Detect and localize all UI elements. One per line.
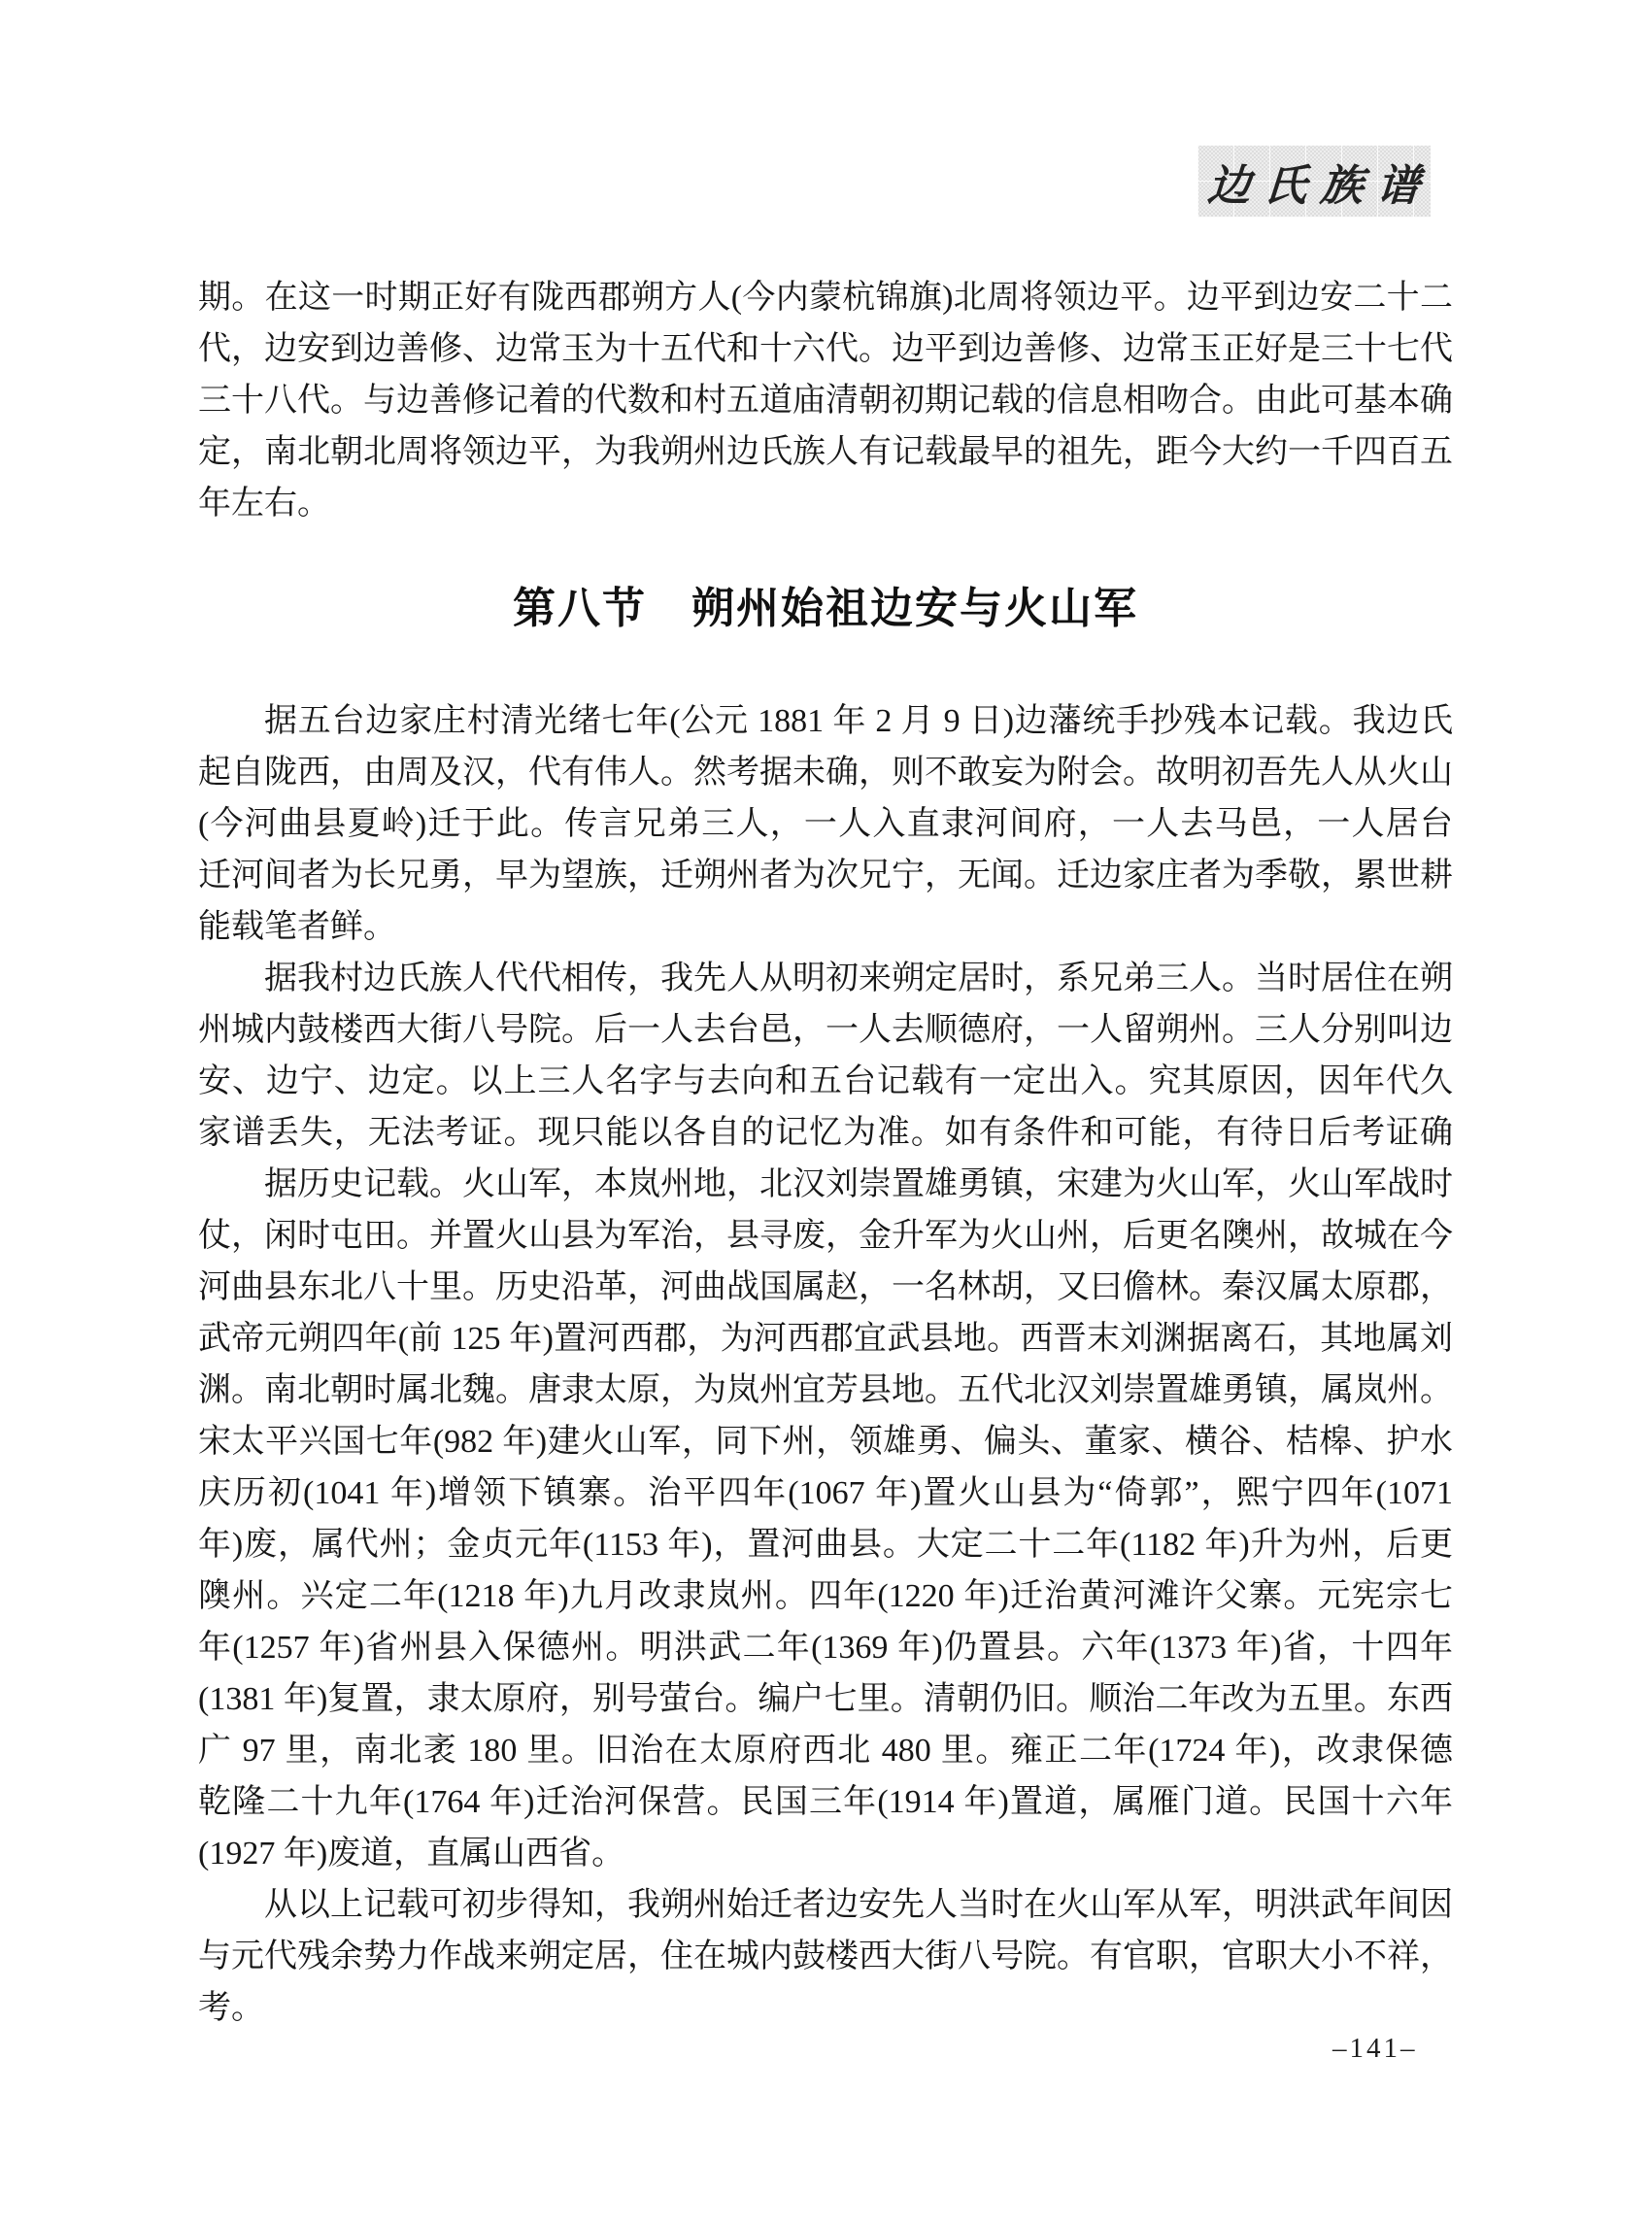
paragraph: 期。在这一时期正好有陇西郡朔方人(今内蒙杭锦旗)北周将领边平。边平到边安二十二代… [198, 272, 1453, 529]
text-line: 从以上记载可初步得知，我朔州始迁者边安先人当时在火山军从军，明洪武年间因 [198, 1879, 1453, 1931]
text-line: 广 97 里，南北袤 180 里。旧治在太原府西北 480 里。雍正二年(172… [198, 1725, 1453, 1776]
text-line: 河曲县东北八十里。历史沿革，河曲战国属赵，一名林胡，又曰儋林。秦汉属太原郡，汉 [198, 1262, 1453, 1313]
intro-paragraph-container: 期。在这一时期正好有陇西郡朔方人(今内蒙杭锦旗)北周将领边平。边平到边安二十二代… [198, 272, 1453, 529]
body-text: 期。在这一时期正好有陇西郡朔方人(今内蒙杭锦旗)北周将领边平。边平到边安二十二代… [198, 272, 1453, 2034]
page: 边氏族谱 期。在这一时期正好有陇西郡朔方人(今内蒙杭锦旗)北周将领边平。边平到边… [0, 0, 1652, 2226]
text-line: 迁河间者为长兄勇，早为望族，迁朔州者为次兄宁，无闻。迁边家庄者为季敬，累世耕氓， [198, 850, 1453, 901]
text-line: 宋太平兴国七年(982 年)建火山军，同下州，领雄勇、偏头、董家、横谷、桔槔、护… [198, 1416, 1453, 1467]
text-line: 能载笔者鲜。 [198, 901, 1453, 953]
text-line: 年)废，属代州；金贞元年(1153 年)，置河曲县。大定二十二年(1182 年)… [198, 1519, 1453, 1570]
text-line: 年(1257 年)省州县入保德州。明洪武二年(1369 年)仍置县。六年(137… [198, 1622, 1453, 1673]
text-line: 三十八代。与边善修记着的代数和村五道庙清朝初期记载的信息相吻合。由此可基本确 [198, 375, 1453, 426]
text-line: 渊。南北朝时属北魏。唐隶太原，为岚州宜芳县地。五代北汉刘崇置雄勇镇，属岚州。 [198, 1365, 1453, 1416]
text-line: 隩州。兴定二年(1218 年)九月改隶岚州。四年(1220 年)迁治黄河滩许父寨… [198, 1570, 1453, 1622]
paragraph: 从以上记载可初步得知，我朔州始迁者边安先人当时在火山军从军，明洪武年间因与元代残… [198, 1879, 1453, 2034]
page-number: –141– [1332, 2033, 1418, 2065]
header-badge-text: 边氏族谱 [1193, 151, 1435, 213]
paragraph: 据历史记载。火山军，本岚州地，北汉刘崇置雄勇镇，宋建为火山军，火山军战时打仗，闲… [198, 1159, 1453, 1879]
text-line: 据我村边氏族人代代相传，我先人从明初来朔定居时，系兄弟三人。当时居住在朔 [198, 953, 1453, 1004]
text-line: 代，边安到边善修、边常玉为十五代和十六代。边平到边善修、边常玉正好是三十七代和 [198, 323, 1453, 375]
text-line: 与元代残余势力作战来朔定居，住在城内鼓楼西大街八号院。有官职，官职大小不祥，待 [198, 1931, 1453, 1982]
text-line: 州城内鼓楼西大街八号院。后一人去台邑，一人去顺德府，一人留朔州。三人分别叫边 [198, 1004, 1453, 1056]
text-line: 考。 [198, 1982, 1453, 2034]
section-heading: 第八节 朔州始祖边安与火山军 [198, 583, 1453, 635]
text-line: 安、边宁、边定。以上三人名字与去向和五台记载有一定出入。究其原因，因年代久远， [198, 1056, 1453, 1107]
paragraph: 据我村边氏族人代代相传，我先人从明初来朔定居时，系兄弟三人。当时居住在朔州城内鼓… [198, 953, 1453, 1159]
text-line: 年左右。 [198, 478, 1453, 529]
text-line: (1381 年)复置，隶太原府，别号萤台。编户七里。清朝仍旧。顺治二年改为五里。… [198, 1673, 1453, 1725]
text-line: 乾隆二十九年(1764 年)迁治河保营。民国三年(1914 年)置道，属雁门道。… [198, 1776, 1453, 1828]
text-line: 起自陇西，由周及汉，代有伟人。然考据未确，则不敢妄为附会。故明初吾先人从火山军 [198, 747, 1453, 798]
text-line: (今河曲县夏岭)迁于此。传言兄弟三人，一人入直隶河间府，一人去马邑，一人居台邑。 [198, 798, 1453, 850]
text-line: 庆历初(1041 年)增领下镇寨。治平四年(1067 年)置火山县为“倚郭”，熙… [198, 1467, 1453, 1519]
text-line: 据五台边家庄村清光绪七年(公元 1881 年 2 月 9 日)边藩统手抄残本记载… [198, 695, 1453, 747]
header-badge: 边氏族谱 [1197, 145, 1431, 218]
text-line: 家谱丢失，无法考证。现只能以各自的记忆为准。如有条件和可能，有待日后考证确认。 [198, 1107, 1453, 1159]
text-line: 据历史记载。火山军，本岚州地，北汉刘崇置雄勇镇，宋建为火山军，火山军战时打 [198, 1159, 1453, 1210]
text-line: (1927 年)废道，直属山西省。 [198, 1828, 1453, 1879]
body-paragraphs-container: 据五台边家庄村清光绪七年(公元 1881 年 2 月 9 日)边藩统手抄残本记载… [198, 695, 1453, 2034]
text-line: 期。在这一时期正好有陇西郡朔方人(今内蒙杭锦旗)北周将领边平。边平到边安二十二 [198, 272, 1453, 323]
text-line: 武帝元朔四年(前 125 年)置河西郡，为河西郡宜武县地。西晋末刘渊据离石，其地… [198, 1313, 1453, 1365]
text-line: 仗，闲时屯田。并置火山县为军治，县寻废，金升军为火山州，后更名隩州，故城在今山西 [198, 1210, 1453, 1262]
paragraph: 据五台边家庄村清光绪七年(公元 1881 年 2 月 9 日)边藩统手抄残本记载… [198, 695, 1453, 953]
text-line: 定，南北朝北周将领边平，为我朔州边氏族人有记载最早的祖先，距今大约一千四百五十 [198, 426, 1453, 478]
